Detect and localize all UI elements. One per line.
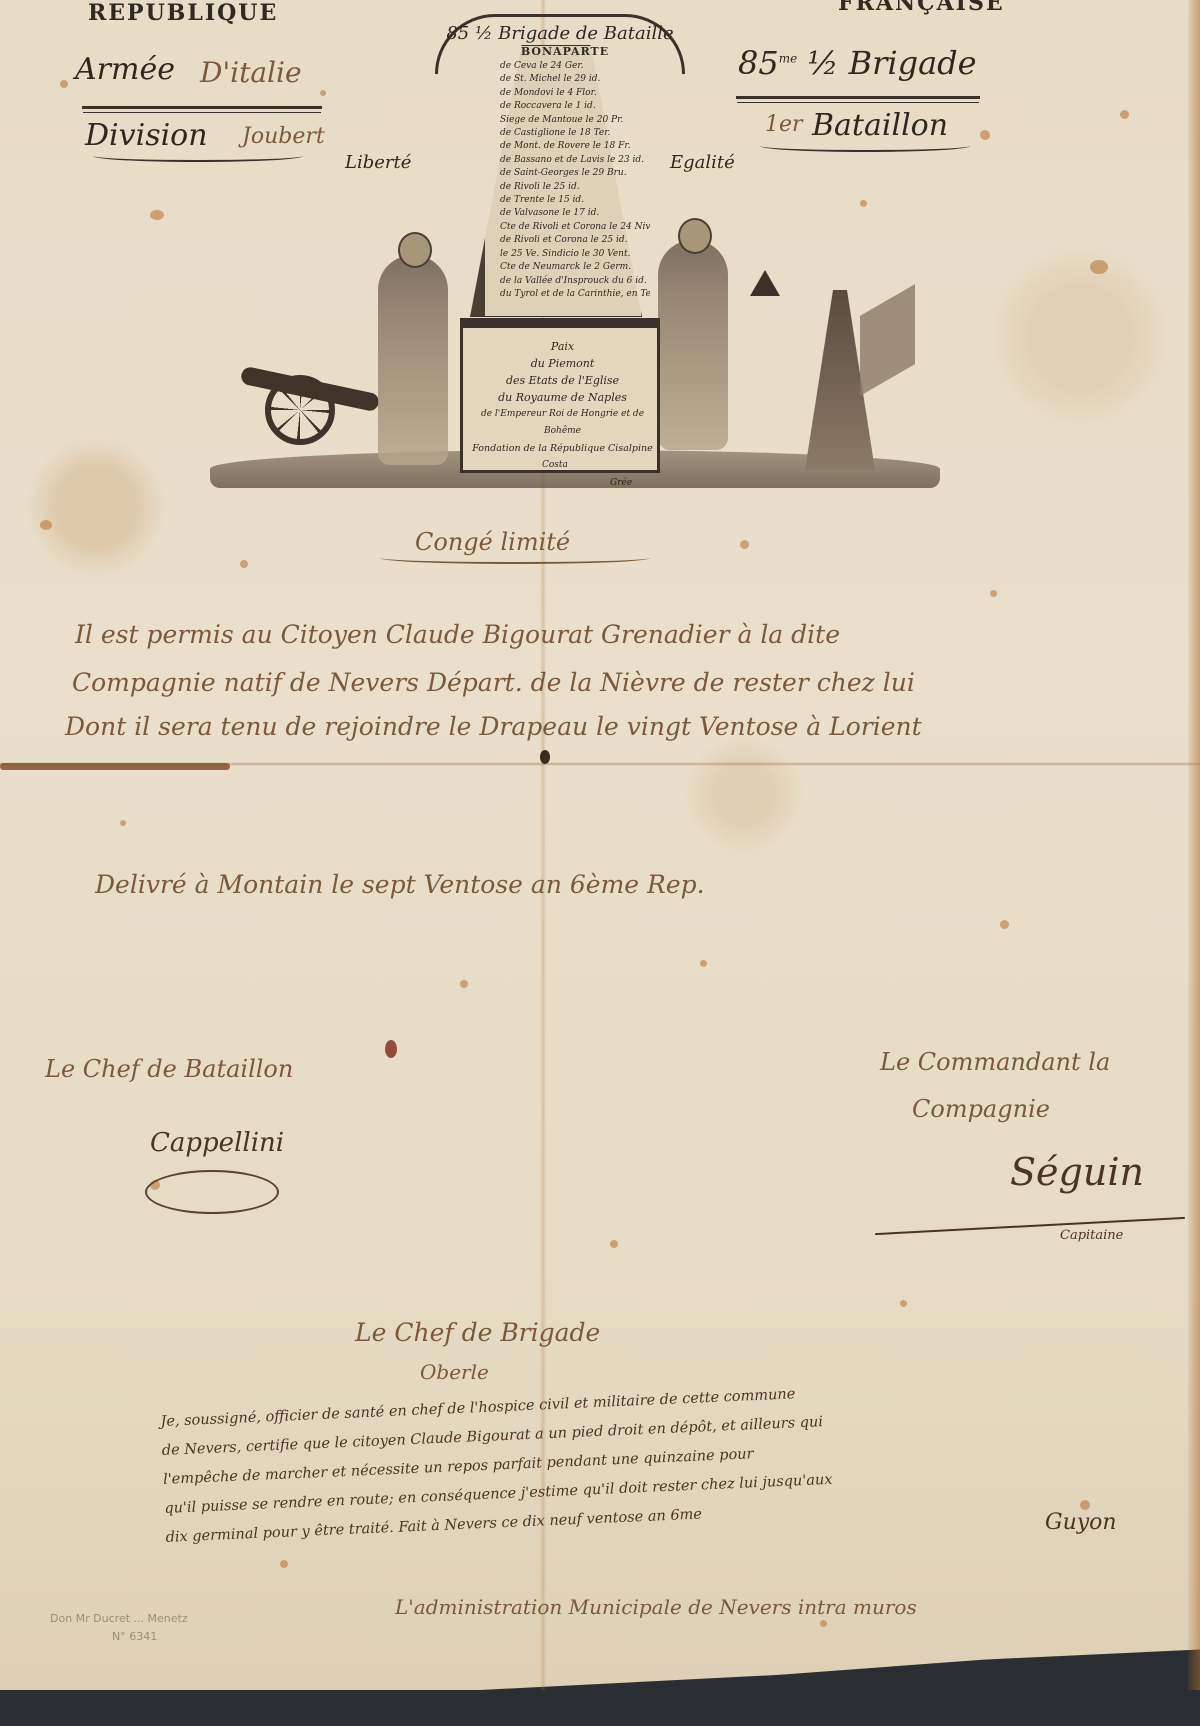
pedestal-line: Paix (465, 338, 660, 355)
body-line: Compagnie natif de Nevers Départ. de la … (72, 668, 915, 697)
title-flourish (380, 552, 650, 564)
equality-head (678, 218, 712, 254)
chef-brigade-title: Le Chef de Brigade (355, 1318, 600, 1347)
flag-icon (860, 284, 915, 396)
battle-item: de Rivoli et Corona le 25 id. (500, 234, 650, 247)
pedestal-line: Fondation de la République Cisalpine (465, 440, 660, 457)
engraver-credit-right: Grée (610, 478, 632, 488)
chef-bataillon-title: Le Chef de Bataillon (45, 1055, 293, 1083)
battle-item: de Mondovi le 4 Flor. (500, 87, 650, 100)
archive-stamp-number: N° 6341 (112, 1630, 157, 1643)
battle-item: Cte de Neumarck le 2 Germ. (500, 261, 650, 274)
egalite-label: Egalité (670, 152, 735, 173)
battle-item: de Castiglione le 18 Ter. (500, 127, 650, 140)
battle-item: de Rivoli le 25 id. (500, 181, 650, 194)
battle-item: Siege de Mantoue le 20 Pr. (500, 114, 650, 127)
signature-paraph (145, 1170, 279, 1214)
medical-signature: Guyon (1045, 1510, 1117, 1535)
municipal-line: L'administration Municipale de Nevers in… (395, 1595, 917, 1619)
capitaine-rank: Capitaine (1060, 1228, 1123, 1243)
division-label: Division (85, 118, 208, 153)
pedestal-line: du Royaume de Naples (465, 389, 660, 406)
armee-label: Armée (75, 52, 175, 87)
chef-bataillon-signature: Cappellini (150, 1128, 284, 1158)
battle-item: de Mont. de Rovere le 18 Fr. (500, 140, 650, 153)
archive-stamp-line: Don Mr Ducret ... Menetz (50, 1612, 188, 1625)
liberty-head (398, 232, 432, 268)
liberty-figure (378, 255, 448, 465)
battle-item: de Trente le 15 id. (500, 194, 650, 207)
pedestal-inscription: Paix du Piemont des Etats de l'Eglise du… (465, 338, 660, 457)
battle-item: de Roccavera le 1 id. (500, 100, 650, 113)
paper-edge-stain (1188, 0, 1200, 1690)
body-line: Dont il sera tenu de rejoindre le Drapea… (65, 712, 922, 741)
compagnie-title: Compagnie (912, 1095, 1050, 1123)
commandant-signature: Séguin (1010, 1150, 1144, 1194)
engraver-credit-left: Costa (542, 460, 568, 470)
battle-item: de Ceva le 24 Ger. (500, 60, 650, 73)
battle-item: Cte de Rivoli et Corona le 24 Niv. (500, 221, 650, 234)
pedestal-line: du Piemont (465, 355, 660, 372)
obelisk-title: BONAPARTE (490, 45, 640, 58)
battle-item: de la Vallée d'Insprouck du 6 id. (500, 275, 650, 288)
chef-brigade-signature: Oberle (420, 1360, 489, 1384)
body-line: Il est permis au Citoyen Claude Bigourat… (75, 620, 840, 649)
level-triangle-icon (750, 270, 780, 296)
liberte-label: Liberté (345, 152, 411, 173)
cannon-wheel-icon (265, 375, 335, 445)
engraving-vignette: 85 ½ Brigade de Bataille BONAPARTE de Ce… (210, 0, 950, 500)
battle-item: de Saint-Georges le 29 Bru. (500, 167, 650, 180)
delivery-line: Delivré à Montain le sept Ventose an 6èm… (95, 870, 705, 899)
battle-item: le 25 Ve. Sindicio le 30 Vent. (500, 248, 650, 261)
battle-item: de St. Michel le 29 id. (500, 73, 650, 86)
paper-tear (0, 763, 230, 770)
battle-list: de Ceva le 24 Ger. de St. Michel le 29 i… (500, 60, 650, 301)
pedestal-line: de l'Empereur Roi de Hongrie et de Bohêm… (465, 406, 660, 440)
battle-item: de Bassano et de Lavis le 23 id. (500, 154, 650, 167)
battle-item: du Tyrol et de la Carinthie, en Ter. (500, 288, 650, 301)
equality-figure (658, 240, 728, 450)
pedestal-line: des Etats de l'Eglise (465, 372, 660, 389)
battle-item: de Valvasone le 17 id. (500, 207, 650, 220)
commandant-title: Le Commandant la (880, 1048, 1110, 1076)
